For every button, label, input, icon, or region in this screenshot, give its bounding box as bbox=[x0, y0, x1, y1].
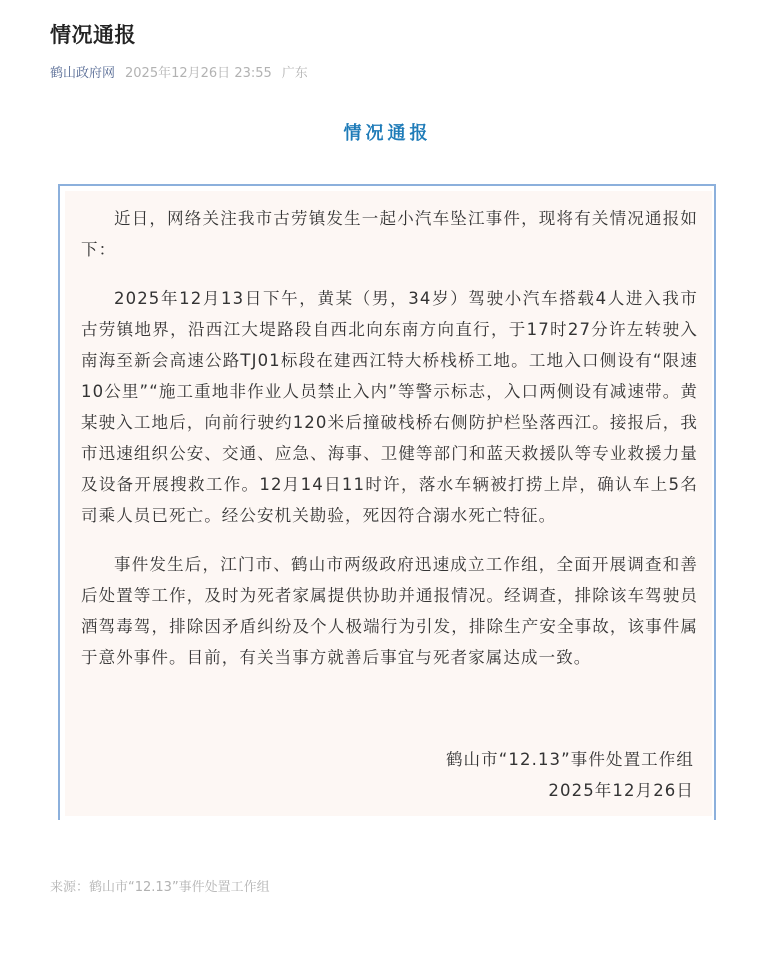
page-title: 情况通报 bbox=[50, 20, 136, 50]
signature-org: 鹤山市“12.13”事件处置工作组 bbox=[446, 744, 694, 775]
article-meta: 鹤山政府网2025年12月26日 23:55广东 bbox=[50, 64, 308, 84]
source-account-link[interactable]: 鹤山政府网 bbox=[50, 66, 115, 81]
signature-date: 2025年12月26日 bbox=[446, 775, 694, 806]
paragraph-incident: 2025年12月13日下午，黄某（男，34岁）驾驶小汽车搭载4人进入我市古劳镇地… bbox=[81, 283, 698, 531]
signature-block: 鹤山市“12.13”事件处置工作组 2025年12月26日 bbox=[446, 744, 694, 806]
paragraph-intro: 近日，网络关注我市古劳镇发生一起小汽车坠江事件，现将有关情况通报如下： bbox=[81, 203, 698, 265]
publish-location: 广东 bbox=[282, 66, 308, 81]
paragraph-followup: 事件发生后，江门市、鹤山市两级政府迅速成立工作组，全面开展调查和善后处置等工作，… bbox=[81, 549, 698, 673]
article-heading: 情况通报 bbox=[0, 120, 775, 148]
footer-source: 来源：鹤山市“12.13”事件处置工作组 bbox=[50, 878, 270, 898]
notice-body: 近日，网络关注我市古劳镇发生一起小汽车坠江事件，现将有关情况通报如下： 2025… bbox=[65, 191, 712, 816]
publish-date: 2025年12月26日 23:55 bbox=[125, 66, 272, 81]
